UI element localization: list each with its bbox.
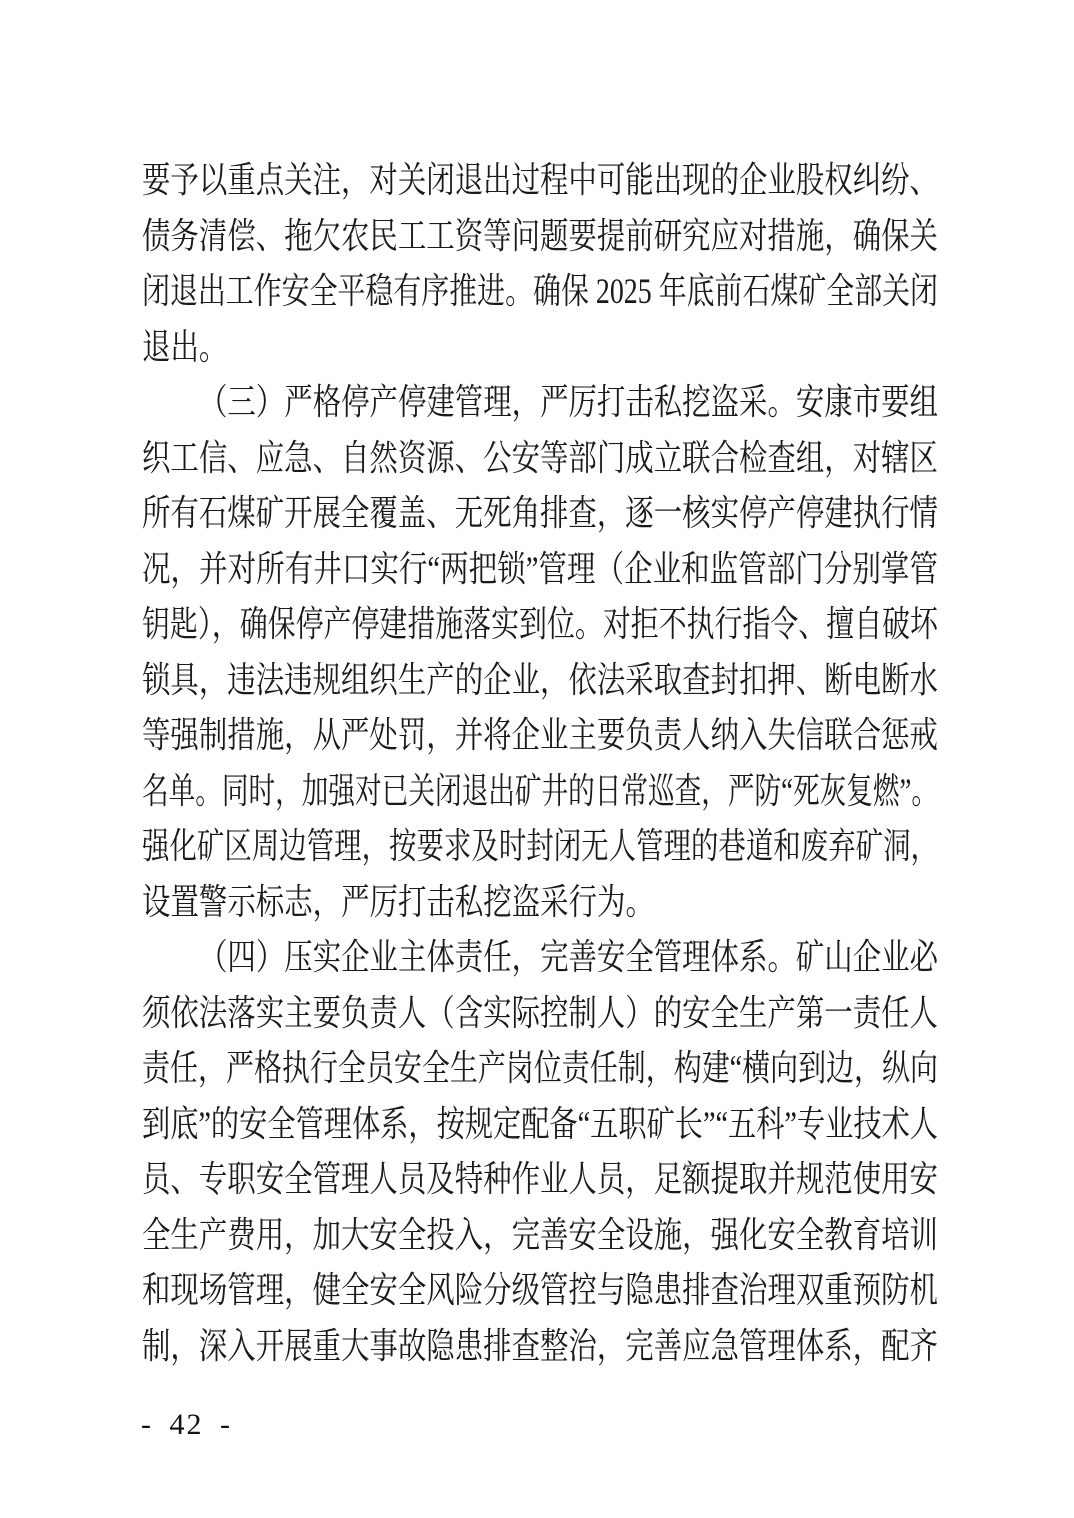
line-text: 责任，严格执行全员安全生产岗位责任制，构建“横向到边，纵向 <box>142 1041 938 1097</box>
line-text: 退出。 <box>142 320 227 376</box>
line-text: 闭退出工作安全平稳有序推进。确保 2025 年底前石煤矿全部关闭 <box>142 264 938 320</box>
line-text: 所有石煤矿开展全覆盖、无死角排查，逐一核实停产停建执行情 <box>142 486 938 542</box>
document-line: 所有石煤矿开展全覆盖、无死角排查，逐一核实停产停建执行情 <box>142 486 938 542</box>
document-line: 到底”的安全管理体系，按规定配备“五职矿长”“五科”专业技术人 <box>142 1097 938 1153</box>
line-text: 和现场管理，健全安全风险分级管控与隐患排查治理双重预防机 <box>142 1263 938 1319</box>
document-line: 闭退出工作安全平稳有序推进。确保 2025 年底前石煤矿全部关闭 <box>142 264 938 320</box>
section-heading-line: （三）严格停产停建管理，严厉打击私挖盗采。安康市要组 <box>142 375 938 431</box>
line-text: 要予以重点关注，对关闭退出过程中可能出现的企业股权纠纷、 <box>142 153 938 209</box>
document-line: 锁具，违法违规组织生产的企业，依法采取查封扣押、断电断水 <box>142 653 938 709</box>
document-line: 全生产费用，加大安全投入，完善安全设施，强化安全教育培训 <box>142 1208 938 1264</box>
line-text: 全生产费用，加大安全投入，完善安全设施，强化安全教育培训 <box>142 1208 938 1264</box>
section-heading-line: （四）压实企业主体责任，完善安全管理体系。矿山企业必 <box>142 930 938 986</box>
document-line: 债务清偿、拖欠农民工工资等问题要提前研究应对措施，确保关 <box>142 209 938 265</box>
line-text: （三）严格停产停建管理，严厉打击私挖盗采。安康市要组 <box>199 375 938 431</box>
document-line: 钥匙），确保停产停建措施落实到位。对拒不执行指令、擅自破坏 <box>142 597 938 653</box>
document-body: 要予以重点关注，对关闭退出过程中可能出现的企业股权纠纷、 债务清偿、拖欠农民工工… <box>142 153 938 1374</box>
line-text: 须依法落实主要负责人（含实际控制人）的安全生产第一责任人 <box>142 986 938 1042</box>
document-line: 名单。同时，加强对已关闭退出矿井的日常巡查，严防“死灰复燃”。 <box>142 764 938 820</box>
document-line: 和现场管理，健全安全风险分级管控与隐患排查治理双重预防机 <box>142 1263 938 1319</box>
line-text: 债务清偿、拖欠农民工工资等问题要提前研究应对措施，确保关 <box>142 209 938 265</box>
document-line: 强化矿区周边管理，按要求及时封闭无人管理的巷道和废弃矿洞， <box>142 819 938 875</box>
document-line: 责任，严格执行全员安全生产岗位责任制，构建“横向到边，纵向 <box>142 1041 938 1097</box>
document-line: 要予以重点关注，对关闭退出过程中可能出现的企业股权纠纷、 <box>142 153 938 209</box>
line-text: 到底”的安全管理体系，按规定配备“五职矿长”“五科”专业技术人 <box>142 1097 938 1153</box>
document-line: 况，并对所有井口实行“两把锁”管理（企业和监管部门分别掌管 <box>142 542 938 598</box>
line-text: 等强制措施，从严处罚，并将企业主要负责人纳入失信联合惩戒 <box>142 708 938 764</box>
document-line: 退出。 <box>142 320 938 376</box>
line-text: 织工信、应急、自然资源、公安等部门成立联合检查组，对辖区 <box>142 431 938 487</box>
line-text: 员、专职安全管理人员及特种作业人员，足额提取并规范使用安 <box>142 1152 938 1208</box>
document-line: 须依法落实主要负责人（含实际控制人）的安全生产第一责任人 <box>142 986 938 1042</box>
line-text: 制，深入开展重大事故隐患排查整治，完善应急管理体系，配齐 <box>142 1319 938 1375</box>
document-line: 设置警示标志，严厉打击私挖盗采行为。 <box>142 875 938 931</box>
document-line: 制，深入开展重大事故隐患排查整治，完善应急管理体系，配齐 <box>142 1319 938 1375</box>
line-text: （四）压实企业主体责任，完善安全管理体系。矿山企业必 <box>199 930 938 986</box>
line-text: 名单。同时，加强对已关闭退出矿井的日常巡查，严防“死灰复燃”。 <box>142 764 938 820</box>
line-text: 锁具，违法违规组织生产的企业，依法采取查封扣押、断电断水 <box>142 653 938 709</box>
line-text: 况，并对所有井口实行“两把锁”管理（企业和监管部门分别掌管 <box>142 542 938 598</box>
document-line: 员、专职安全管理人员及特种作业人员，足额提取并规范使用安 <box>142 1152 938 1208</box>
page-number: - 42 - <box>141 1408 232 1442</box>
line-text: 钥匙），确保停产停建措施落实到位。对拒不执行指令、擅自破坏 <box>142 597 938 653</box>
line-text: 强化矿区周边管理，按要求及时封闭无人管理的巷道和废弃矿洞， <box>142 819 938 875</box>
document-page: 要予以重点关注，对关闭退出过程中可能出现的企业股权纠纷、 债务清偿、拖欠农民工工… <box>0 0 1074 1518</box>
document-line: 织工信、应急、自然资源、公安等部门成立联合检查组，对辖区 <box>142 431 938 487</box>
line-text: 设置警示标志，严厉打击私挖盗采行为。 <box>142 875 654 931</box>
document-line: 等强制措施，从严处罚，并将企业主要负责人纳入失信联合惩戒 <box>142 708 938 764</box>
